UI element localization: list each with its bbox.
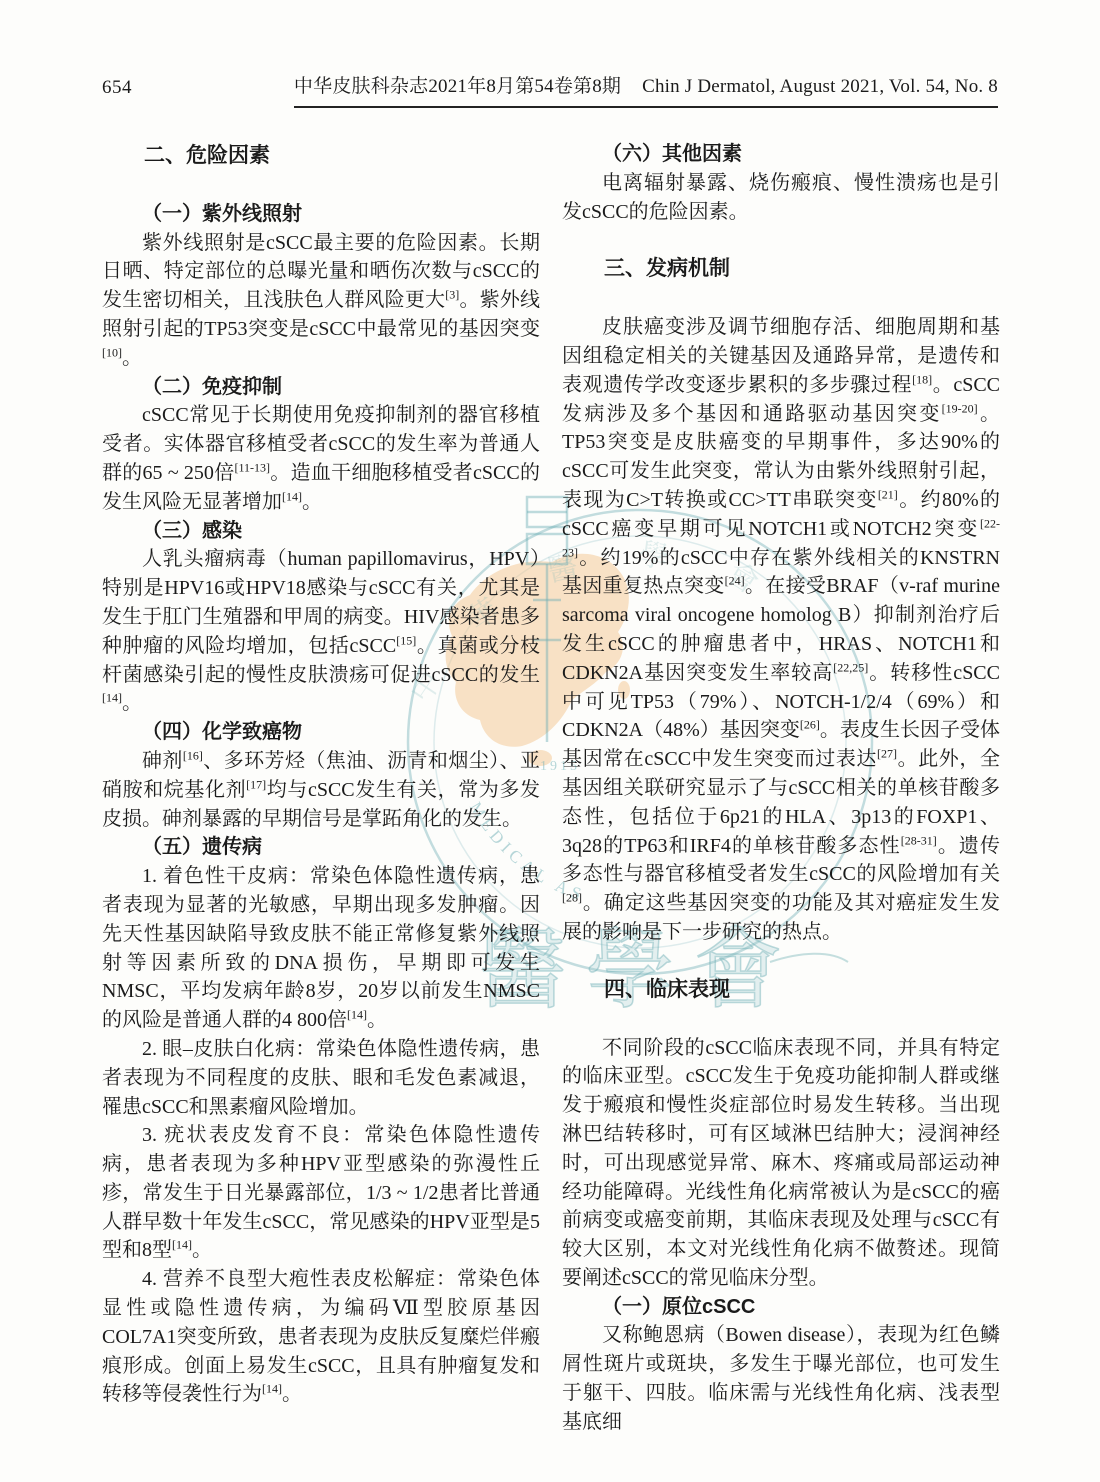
section-heading: 四、临床表现 — [562, 976, 1000, 1005]
reference-superscript: [14] — [262, 1382, 282, 1396]
reference-superscript: [26] — [800, 718, 820, 732]
sub-heading: （一）紫外线照射 — [102, 200, 540, 229]
page-header: 654 中华皮肤科杂志2021年8月第54卷第8期 Chin J Dermato… — [102, 76, 998, 108]
reference-superscript: [14] — [347, 1007, 367, 1021]
paragraph: 4. 营养不良型大疱性表皮松解症：常染色体显性或隐性遗传病，为编码Ⅶ型胶原基因C… — [102, 1265, 540, 1409]
reference-superscript: [28] — [562, 890, 582, 904]
section-heading: 二、危险因素 — [102, 142, 540, 171]
reference-superscript: [19-20] — [942, 401, 978, 415]
page-number: 654 — [102, 77, 132, 108]
journal-page: 中華醫學會 1915 MEDICAL AS 醫學會 654 中华皮肤科杂志202… — [0, 0, 1100, 1482]
reference-superscript: [18] — [912, 372, 932, 386]
sub-heading: （二）免疫抑制 — [102, 373, 540, 402]
journal-title-english: Chin J Dermatol, August 2021, Vol. 54, N… — [642, 76, 998, 97]
paragraph: cSCC常见于长期使用免疫抑制剂的器官移植受者。实体器官移植受者cSCC的发生率… — [102, 401, 540, 516]
paragraph: 人乳头瘤病毒（human papillomavirus，HPV）特别是HPV16… — [102, 545, 540, 718]
reference-superscript: [22-23] — [562, 516, 1000, 559]
reference-superscript: [17] — [246, 777, 266, 791]
sub-heading: （一）原位cSCC — [562, 1293, 1000, 1322]
reference-superscript: [14] — [102, 691, 122, 705]
sub-heading: （四）化学致癌物 — [102, 718, 540, 747]
reference-superscript: [28-31] — [901, 833, 937, 847]
sub-heading: （五）遗传病 — [102, 833, 540, 862]
paragraph: 2. 眼–皮肤白化病：常染色体隐性遗传病，患者表现为不同程度的皮肤、眼和毛发色素… — [102, 1035, 540, 1121]
paragraph: 不同阶段的cSCC临床表现不同，并具有特定的临床亚型。cSCC发生于免疫功能抑制… — [562, 1034, 1000, 1293]
section-heading: 三、发病机制 — [562, 255, 1000, 284]
sub-heading: （六）其他因素 — [562, 140, 1000, 169]
reference-superscript: [22,25] — [833, 660, 868, 674]
reference-superscript: [14] — [172, 1238, 192, 1252]
reference-superscript: [11-13] — [234, 460, 270, 474]
left-column: 二、危险因素（一）紫外线照射紫外线照射是cSCC最主要的危险因素。长期日晒、特定… — [102, 140, 540, 1437]
reference-superscript: [10] — [102, 345, 122, 359]
paragraph: 皮肤癌变涉及调节细胞存活、细胞周期和基因组稳定相关的关键基因及通路异常，是遗传和… — [562, 313, 1000, 947]
reference-superscript: [15] — [396, 633, 416, 647]
paragraph: 又称鲍恩病（Bowen disease），表现为红色鳞屑性斑片或斑块，多发生于曝… — [562, 1321, 1000, 1436]
paragraph: 3. 疣状表皮发育不良：常染色体隐性遗传病，患者表现为多种HPV亚型感染的弥漫性… — [102, 1121, 540, 1265]
reference-superscript: [14] — [282, 489, 302, 503]
paragraph: 电离辐射暴露、烧伤瘢痕、慢性溃疡也是引发cSCC的危险因素。 — [562, 169, 1000, 227]
reference-superscript: [16] — [183, 748, 203, 762]
paragraph: 砷剂[16]、多环芳烃（焦油、沥青和烟尘）、亚硝胺和烷基化剂[17]均与cSCC… — [102, 747, 540, 833]
reference-superscript: [21] — [878, 487, 898, 501]
reference-superscript: [3] — [445, 288, 459, 302]
sub-heading: （三）感染 — [102, 517, 540, 546]
paragraph: 紫外线照射是cSCC最主要的危险因素。长期日晒、特定部位的总曝光量和晒伤次数与c… — [102, 229, 540, 373]
paragraph: 1. 着色性干皮病：常染色体隐性遗传病，患者表现为显著的光敏感，早期出现多发肿瘤… — [102, 862, 540, 1035]
right-column: （六）其他因素电离辐射暴露、烧伤瘢痕、慢性溃疡也是引发cSCC的危险因素。三、发… — [562, 140, 1000, 1437]
journal-title-chinese: 中华皮肤科杂志2021年8月第54卷第8期 — [294, 76, 621, 97]
article-body: 二、危险因素（一）紫外线照射紫外线照射是cSCC最主要的危险因素。长期日晒、特定… — [102, 140, 1000, 1437]
journal-title-line: 中华皮肤科杂志2021年8月第54卷第8期 Chin J Dermatol, A… — [294, 76, 998, 108]
reference-superscript: [27] — [877, 746, 897, 760]
reference-superscript: [24] — [725, 574, 745, 588]
